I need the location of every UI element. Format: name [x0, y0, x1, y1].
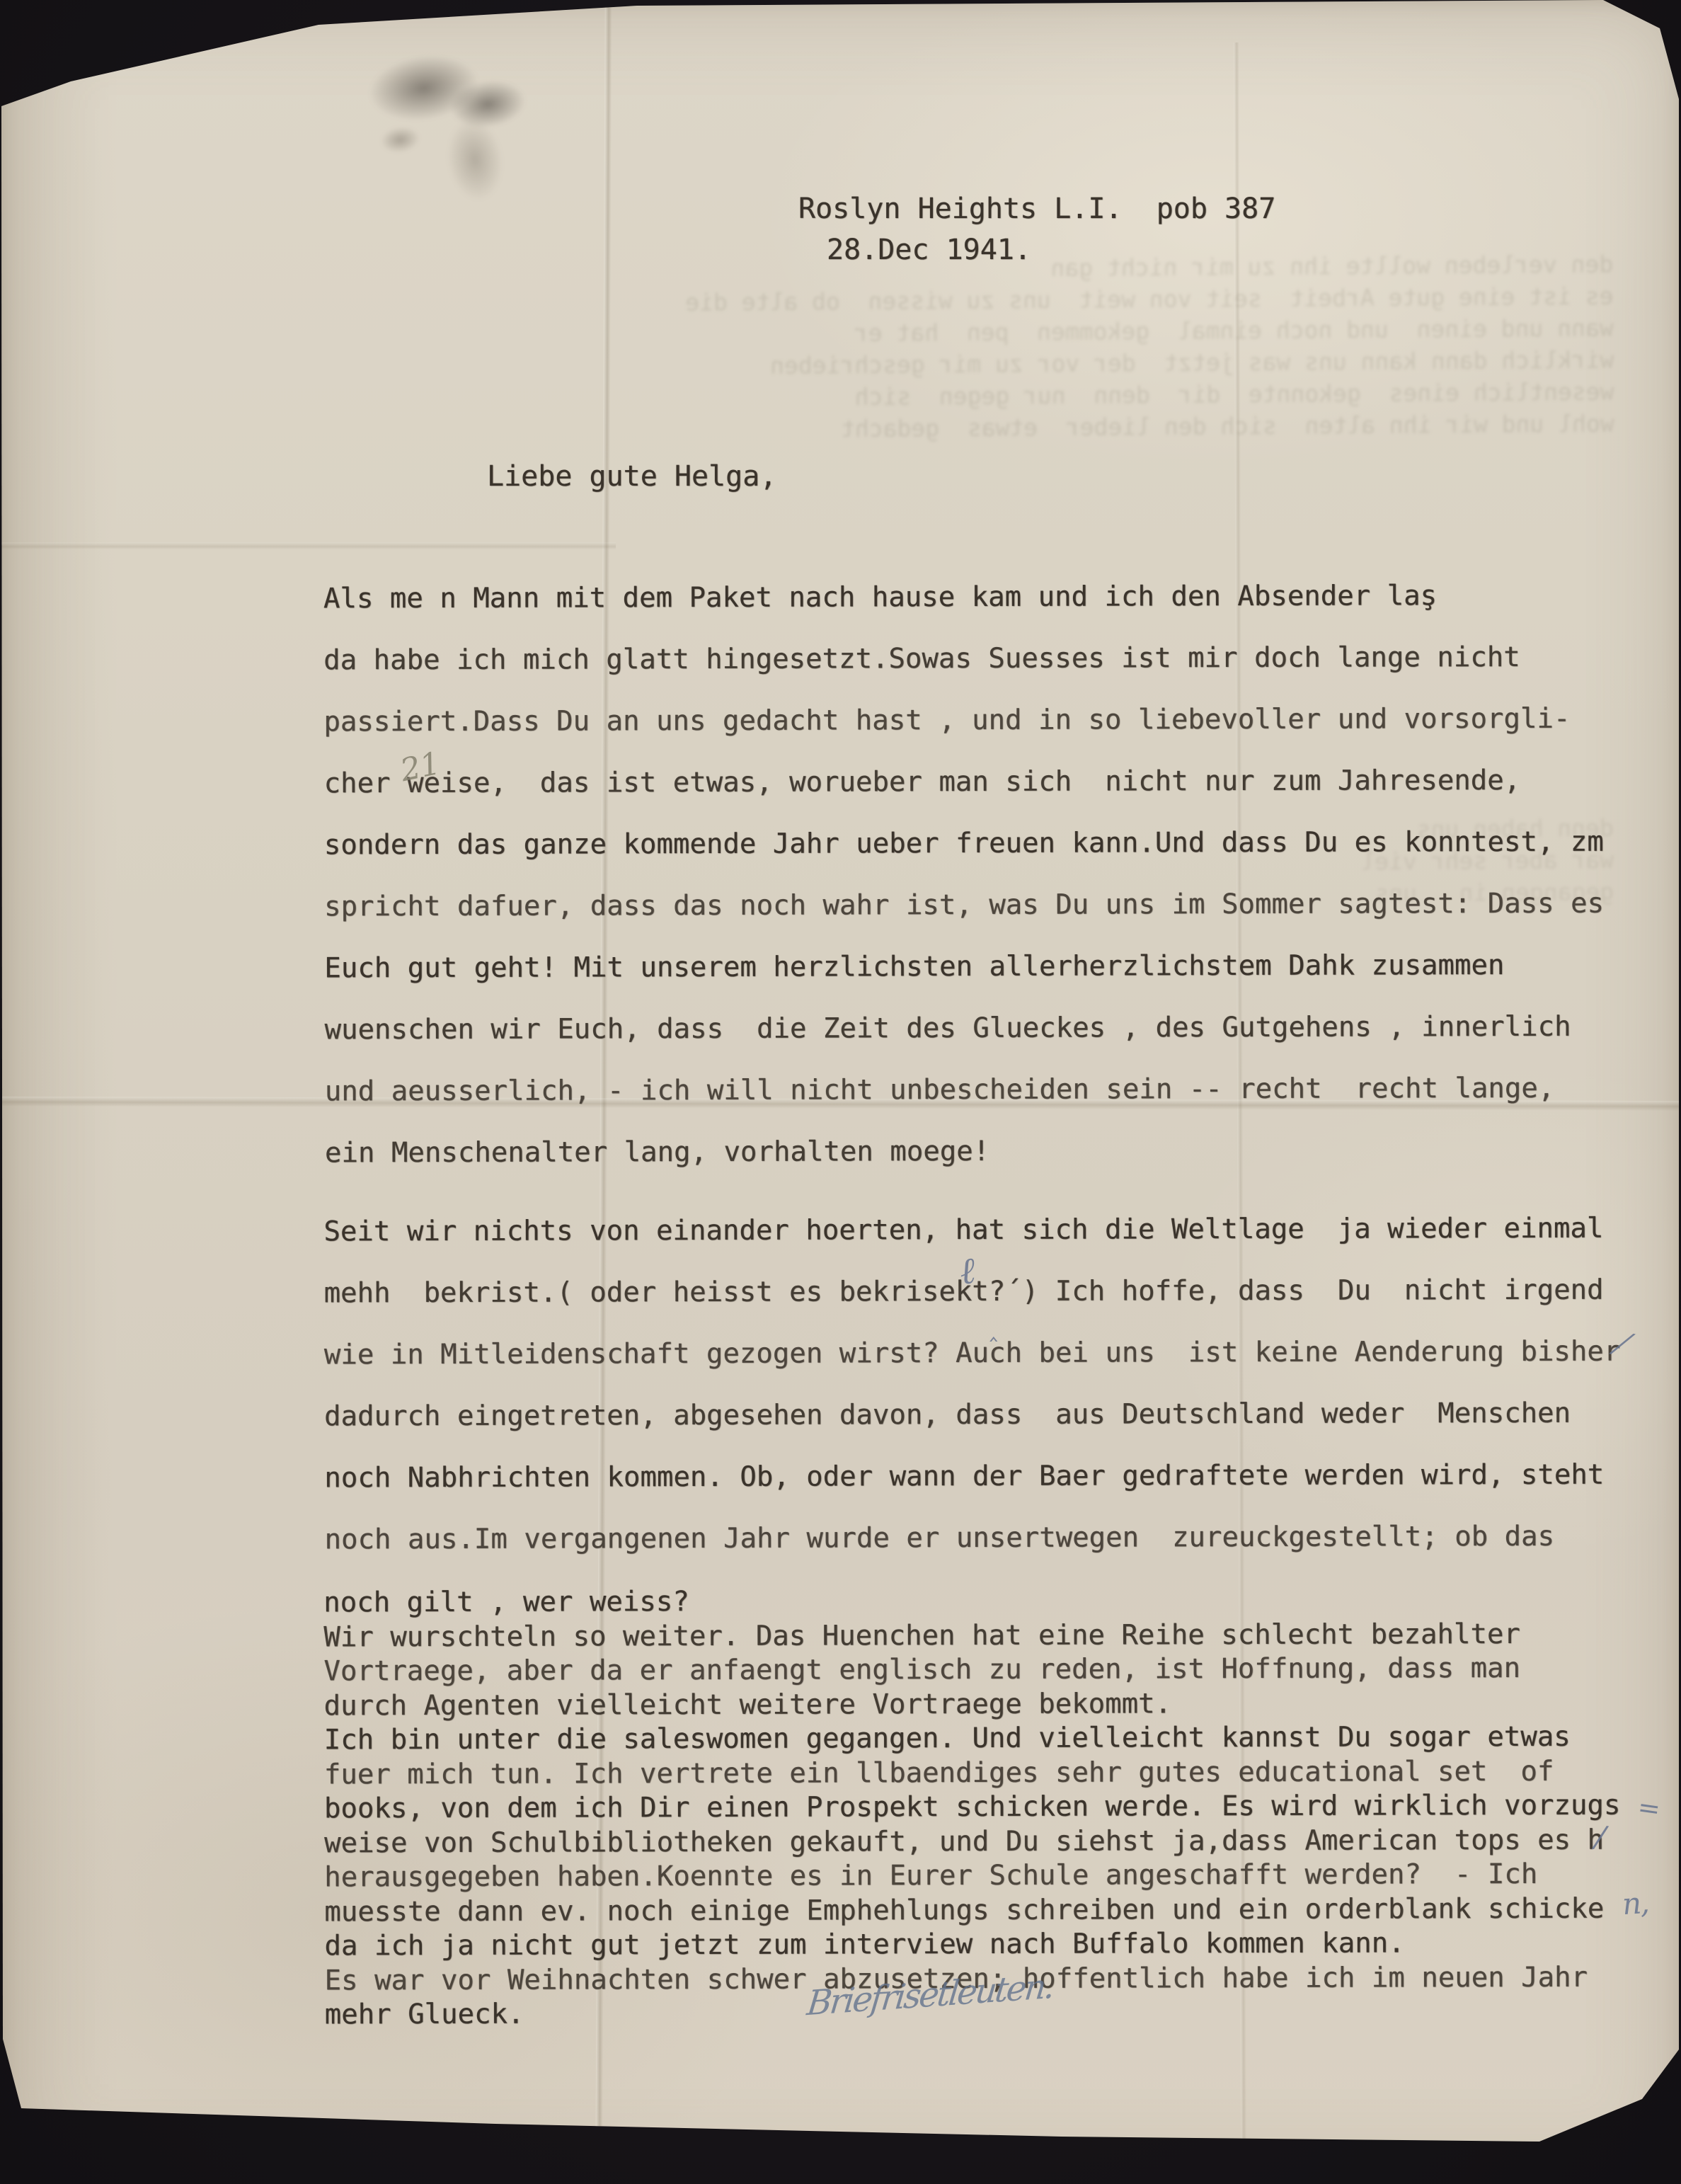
- letter-line: muesste dann ev. noch einige Emphehlungs…: [324, 1892, 1621, 1929]
- letter-line: Als me n Mann mit dem Paket nach hause k…: [323, 565, 1603, 630]
- origin-line: Roslyn Heights L.I. pob 387: [798, 193, 1275, 225]
- handwritten-caret: ‸: [989, 1314, 998, 1342]
- letter-line: da ich ja nicht gut jetzt zum interview …: [324, 1926, 1621, 1964]
- salutation: Liebe gute Helga,: [487, 460, 776, 493]
- letter-line: passiert.Dass Du an uns gedacht hast , u…: [323, 688, 1603, 753]
- letter-line: wuenschen wir Euch, dass die Zeit des Gl…: [324, 996, 1604, 1061]
- paragraph-3: noch gilt , wer weiss? Wir wurschteln so…: [323, 1583, 1621, 2033]
- letter-line: herausgegeben haben.Koennte es in Eurer …: [324, 1858, 1621, 1895]
- letter-line: Ich bin unter die saleswomen gegangen. U…: [324, 1720, 1621, 1758]
- letter-line: ein Menschenalter lang, vorhalten moege!: [325, 1119, 1605, 1184]
- letter-line: da habe ich mich glatt hingesetzt.Sowas …: [323, 627, 1603, 692]
- letter-line: noch Nabhrichten kommen. Ob, oder wann d…: [324, 1444, 1621, 1509]
- date-line: 28.Dec 1941.: [827, 234, 1031, 266]
- letter-line: Vortraege, aber da er anfaengt englisch …: [323, 1652, 1620, 1689]
- letter-line: wie in Mitleidenschaft gezogen wirst? Au…: [324, 1321, 1621, 1386]
- letter-line: noch aus.Im vergangenen Jahr wurde er un…: [324, 1506, 1621, 1571]
- handwritten-n-comma: n,: [1621, 1885, 1649, 1921]
- handwritten-equals: =: [1636, 1791, 1663, 1825]
- letter-line: durch Agenten vielleicht weitere Vortrae…: [324, 1686, 1621, 1723]
- ink-smudge: [311, 18, 587, 229]
- letter-line: fuer mich tun. Ich vertrete ein llbaendi…: [324, 1754, 1621, 1792]
- letter-paper: den verleben wollte ihn zu mir nicht gan…: [0, 0, 1681, 2184]
- letter-line: weise von Schulbibliotheken gekauft, und…: [324, 1823, 1621, 1860]
- letter-line: noch gilt , wer weiss?: [323, 1583, 1620, 1620]
- paragraph-1: Als me n Mann mit dem Paket nach hause k…: [323, 565, 1605, 1184]
- fold-crease-horizontal-upper: [0, 542, 616, 549]
- letter-line: und aeusserlich, - ich will nicht unbesc…: [325, 1058, 1605, 1123]
- letter-line: cher weise, das ist etwas, worueber man …: [324, 750, 1604, 815]
- bleedthrough-text: den verleben wollte ihn zu mir nicht gan…: [495, 248, 1614, 447]
- letter-line: Wir wurschteln so weiter. Das Huenchen h…: [323, 1617, 1620, 1654]
- letter-line: books, von dem ich Dir einen Prospekt sc…: [324, 1789, 1621, 1826]
- letter-line: spricht dafuer, dass das noch wahr ist, …: [324, 873, 1604, 938]
- letter-line: Euch gut geht! Mit unserem herzlichsten …: [324, 934, 1604, 1000]
- letter-line: sondern das ganze kommende Jahr ueber fr…: [324, 811, 1604, 876]
- letter-line: dadurch eingetreten, abgesehen davon, da…: [324, 1383, 1621, 1448]
